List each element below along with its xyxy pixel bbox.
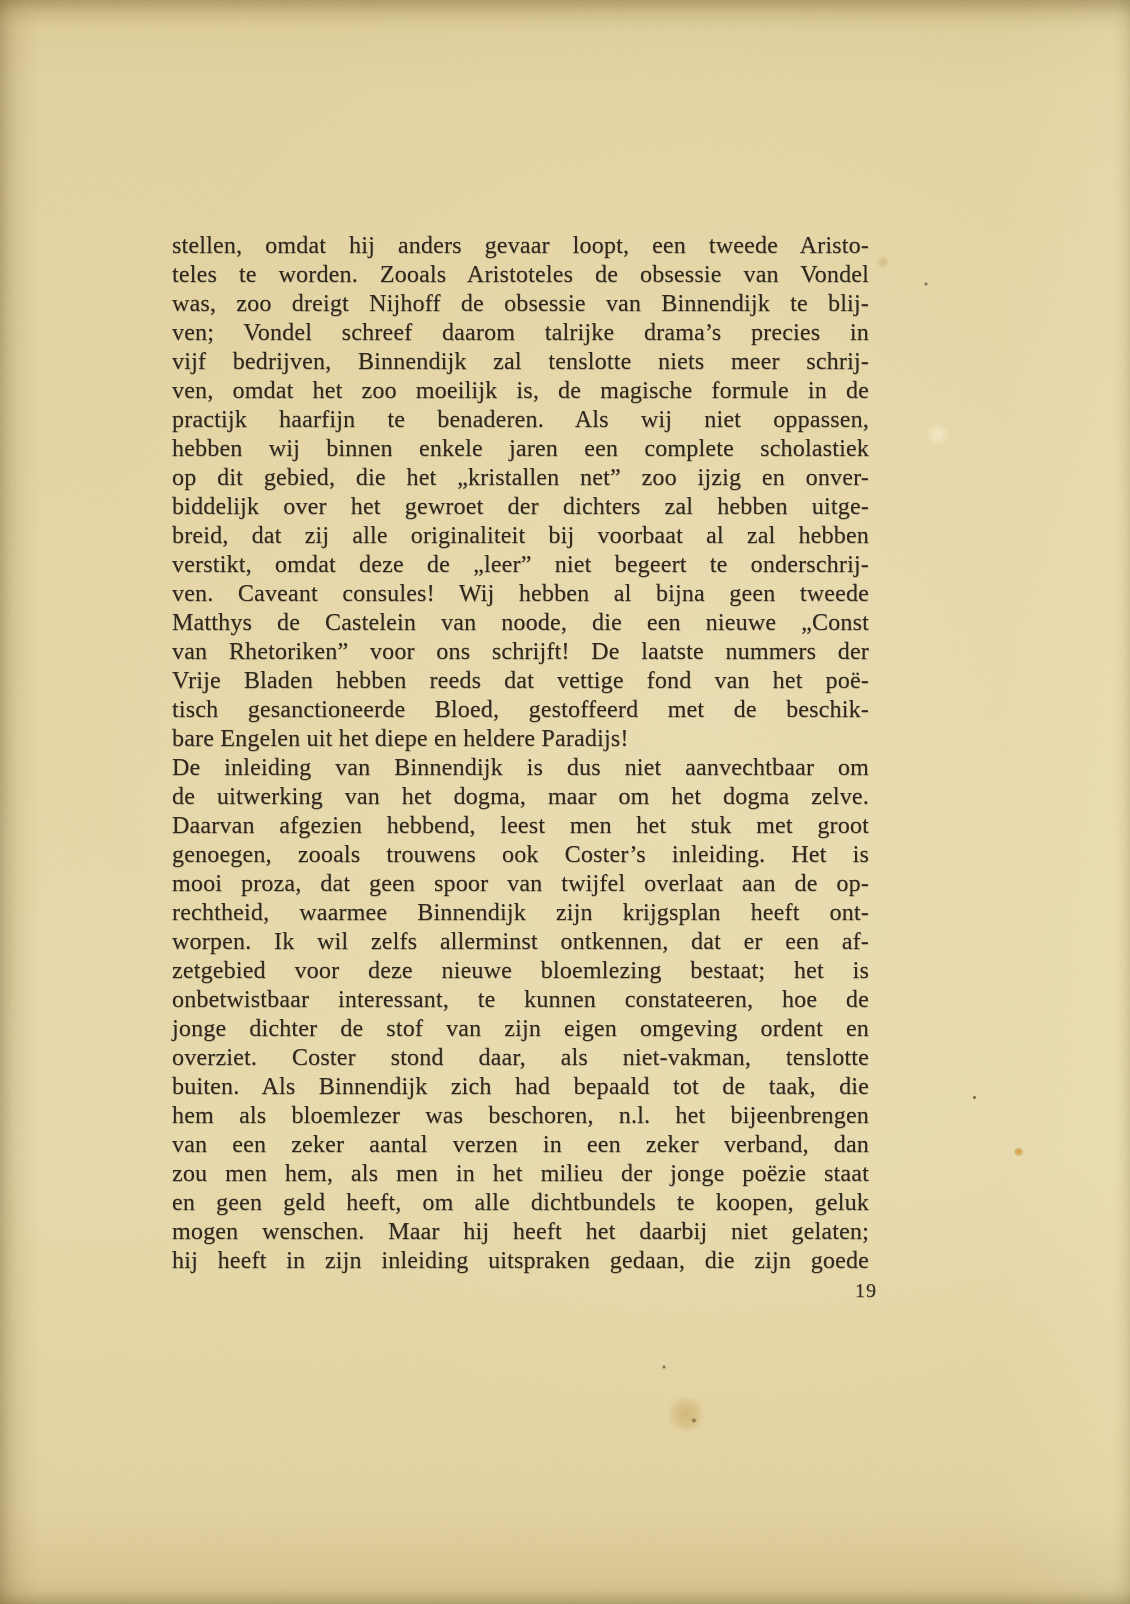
text-line: was, zoo dreigt Nijhoff de obsessie van … bbox=[172, 290, 869, 319]
text-line: tisch gesanctioneerde Bloed, gestoffeerd… bbox=[172, 696, 869, 725]
text-line: buiten. Als Binnendijk zich had bepaald … bbox=[172, 1073, 869, 1102]
stain bbox=[666, 1396, 706, 1432]
text-line: ven; Vondel schreef daarom talrijke dram… bbox=[172, 319, 869, 348]
text-line: De inleiding van Binnendijk is dus niet … bbox=[172, 754, 869, 783]
text-line: onbetwistbaar interessant, te kunnen con… bbox=[172, 986, 869, 1015]
text-line: Matthys de Castelein van noode, die een … bbox=[172, 609, 869, 638]
stain bbox=[876, 256, 890, 268]
text-line: stellen, omdat hij anders gevaar loopt, … bbox=[172, 232, 869, 261]
text-line: verstikt, omdat deze de „leer” niet bege… bbox=[172, 551, 869, 580]
text-line: genoegen, zooals trouwens ook Coster’s i… bbox=[172, 841, 869, 870]
text-line: practijk haarfijn te benaderen. Als wij … bbox=[172, 406, 869, 435]
text-line: teles te worden. Zooals Aristoteles de o… bbox=[172, 261, 869, 290]
stain bbox=[1014, 1148, 1024, 1156]
text-line: vijf bedrijven, Binnendijk zal tenslotte… bbox=[172, 348, 869, 377]
stain bbox=[973, 1096, 976, 1099]
text-line: van een zeker aantal verzen in een zeker… bbox=[172, 1131, 869, 1160]
body-text: stellen, omdat hij anders gevaar loopt, … bbox=[172, 232, 869, 1276]
text-line: jonge dichter de stof van zijn eigen omg… bbox=[172, 1015, 869, 1044]
text-line: en geen geld heeft, om alle dichtbundels… bbox=[172, 1189, 869, 1218]
text-line: biddelijk over het gewroet der dichters … bbox=[172, 493, 869, 522]
text-line: van Rhetoriken” voor ons schrijft! De la… bbox=[172, 638, 869, 667]
text-line: breid, dat zij alle originaliteit bij vo… bbox=[172, 522, 869, 551]
text-line: mooi proza, dat geen spoor van twijfel o… bbox=[172, 870, 869, 899]
text-line: overziet. Coster stond daar, als niet-va… bbox=[172, 1044, 869, 1073]
text-line: hem als bloemlezer was beschoren, n.l. h… bbox=[172, 1102, 869, 1131]
text-line: Daarvan afgezien hebbend, leest men het … bbox=[172, 812, 869, 841]
text-line: rechtheid, waarmee Binnendijk zijn krijg… bbox=[172, 899, 869, 928]
text-line: Vrije Bladen hebben reeds dat vettige fo… bbox=[172, 667, 869, 696]
text-line: bare Engelen uit het diepe en heldere Pa… bbox=[172, 725, 869, 754]
text-line: mogen wenschen. Maar hij heeft het daarb… bbox=[172, 1218, 869, 1247]
book-page: stellen, omdat hij anders gevaar loopt, … bbox=[0, 0, 1130, 1604]
stain bbox=[925, 425, 951, 445]
stain bbox=[691, 1418, 697, 1423]
text-line: worpen. Ik wil zelfs allerminst ontkenne… bbox=[172, 928, 869, 957]
page-number: 19 bbox=[855, 1280, 877, 1303]
text-line: ven, omdat het zoo moeilijk is, de magis… bbox=[172, 377, 869, 406]
text-line: ven. Caveant consules! Wij hebben al bij… bbox=[172, 580, 869, 609]
text-line: hij heeft in zijn inleiding uitspraken g… bbox=[172, 1247, 869, 1276]
text-line: zou men hem, als men in het milieu der j… bbox=[172, 1160, 869, 1189]
stain bbox=[924, 282, 928, 286]
text-line: op dit gebied, die het „kristallen net” … bbox=[172, 464, 869, 493]
text-line: hebben wij binnen enkele jaren een compl… bbox=[172, 435, 869, 464]
stain bbox=[662, 1365, 666, 1369]
text-line: de uitwerking van het dogma, maar om het… bbox=[172, 783, 869, 812]
text-line: zetgebied voor deze nieuwe bloemlezing b… bbox=[172, 957, 869, 986]
